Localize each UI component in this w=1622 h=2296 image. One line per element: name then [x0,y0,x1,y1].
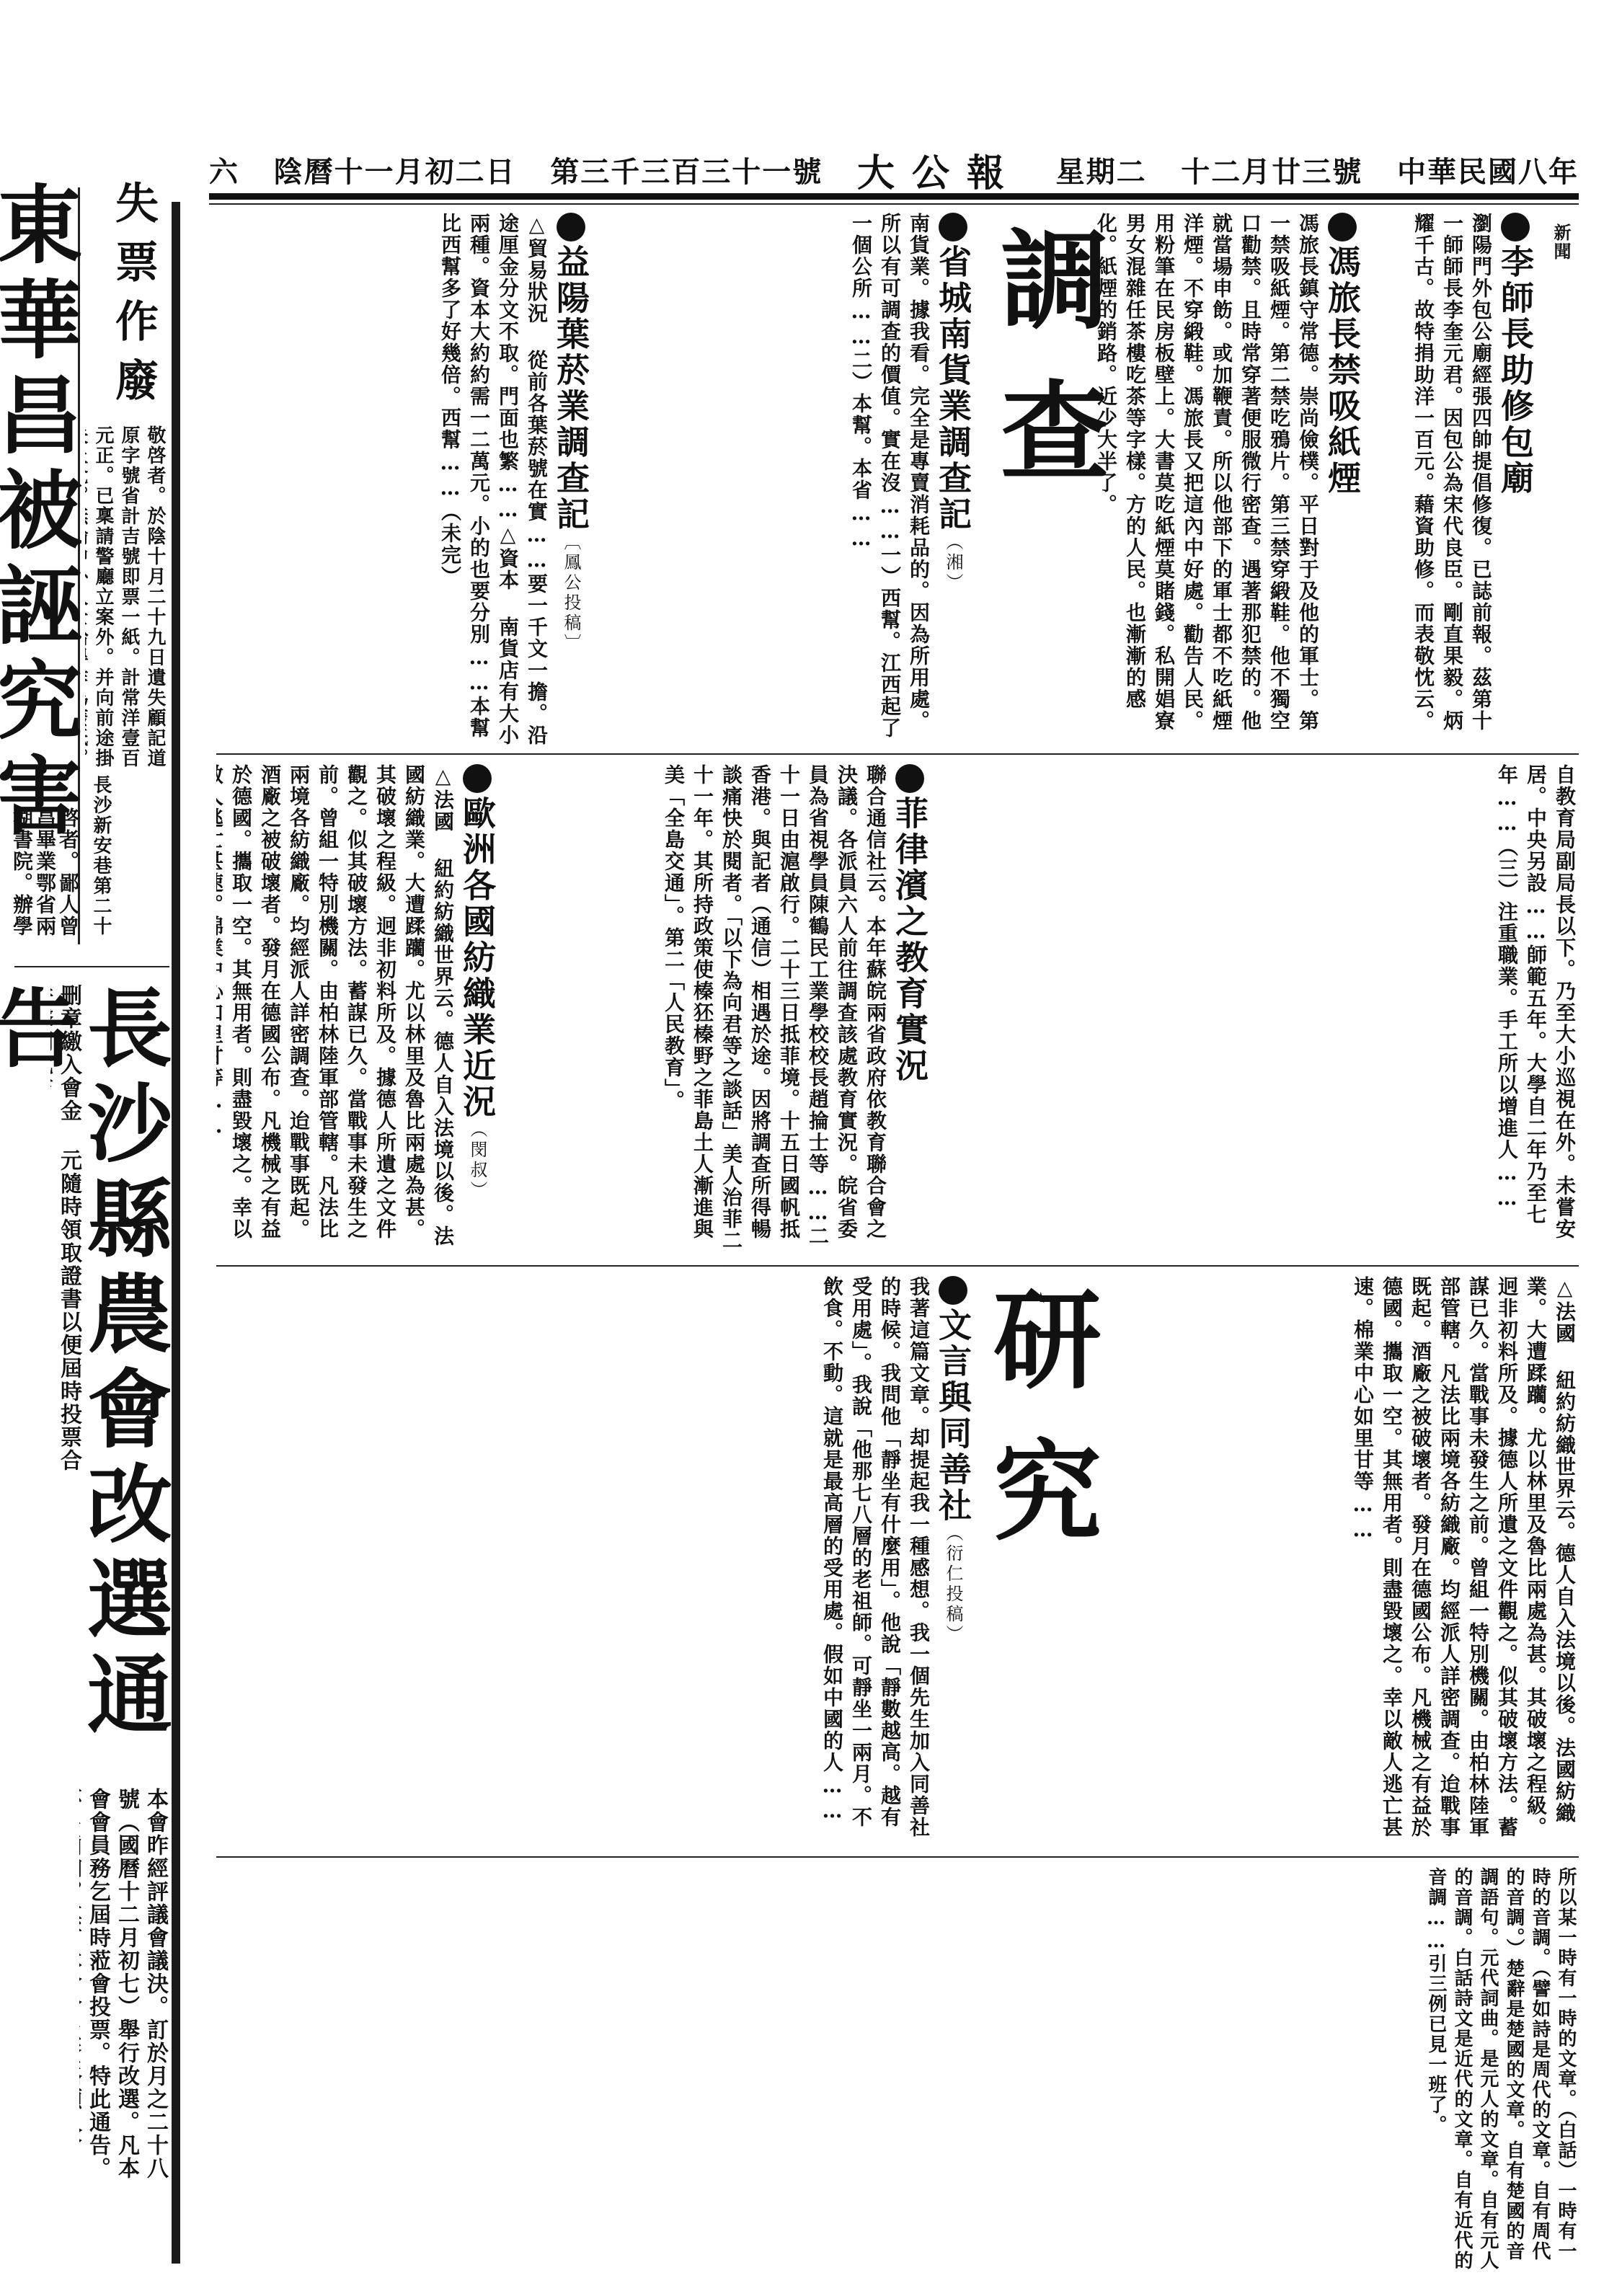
masthead-page-number: 六 [209,149,239,190]
ad-changsha-body: 本會昨經評議會議決。訂於月之二十八號（國曆十二月初七）舉行改選。凡本會會員務乞屆… [79,1788,169,2191]
masthead-rule [209,193,1579,200]
article-body: 所以某一時有一時的文章。（白話）一時有一時的音調。（譬如詩是周代的文章。自有周代… [1423,1867,1579,2271]
article-philippines-education: 菲律濱之教育實況 聯合通信社云。本年蘇皖兩省政府依教育聯合會之決議。各派員六人前… [505,764,930,1254]
newspaper-page: 中華民國八年 十二月廿三號 星期二 大公報 第三千三百三十一號 陰曆十一月初二日… [0,0,1622,2296]
masthead-issue: 第三千三百三十一號 [550,149,823,190]
bullet-icon [557,213,585,241]
article-textiles-continued: △法國 紐約紡織世界云。德人自入法境以後。法國紡織業。大遭蹂躪。尤以林里及魯比兩… [1081,1276,1579,1845]
article-headline: 李師長助修包廟 [1495,213,1535,746]
bullet-icon [1328,213,1357,241]
article-headline: 益陽葉菸業調查記〔鳳公投稿〕 [551,213,591,746]
article-yiyang-survey: 益陽葉菸業調查記〔鳳公投稿〕 △貿易狀況 從前各葉菸號在實……要一千文一擔。沿途… [216,213,591,746]
notice-title: 失票作廢 [108,180,159,418]
article-body: 南貨業。據我看。完全是專賣消耗品的。因為所用處。所以有可調查的價值。實在沒……一… [846,213,933,746]
article-headline: 歐洲各國紡織業近況（閔叔） [457,764,497,1254]
section-title-survey: 調查 [980,223,1103,743]
news-label: 新聞 [1543,223,1575,353]
masthead-weekday: 星期二 [1056,149,1147,190]
bullet-icon [895,764,924,793]
bullet-icon [939,213,967,241]
notice-signature: 長沙新安巷第二十二號方權啓謹 [87,775,115,941]
ad-dongfeng-title: 東華昌被誣究害之啓事 [7,180,79,901]
article-headline: 文言與同善社（衍仁投稿） [933,1276,973,1845]
research-column-continued: 所以某一時有一時的文章。（白話）一時有一時的音調。（譬如詩是周代的文章。自有周代… [216,1867,1579,2271]
notice-body: 敬啓者。於陰十月二十九日遺失顧記道原字號省計吉號即票一紙。計常洋壹百元正。已稟請… [85,425,168,771]
article-body: △貿易狀況 從前各葉菸號在實……要一千文一擔。沿途厘金分文不取。門面也繁……△資… [435,213,551,746]
masthead: 中華民國八年 十二月廿三號 星期二 大公報 第三千三百三十一號 陰曆十一月初二日… [209,148,1579,191]
masthead-rule-thin [209,203,1579,205]
article-feng-lvzhang: 馮旅長禁吸紙煙 馮旅長鎮守常德。崇尚儉樸。平日對于及他的軍士。第一禁吸紙煙。第二… [1067,213,1362,746]
band-divider-2 [216,1265,1579,1267]
ad-changsha-title: 長沙縣農會改選通告 [87,984,169,1748]
bullet-icon [463,764,492,793]
band-divider-3 [216,1856,1579,1858]
article-nanhuo-survey: 省城南貨業調查記（湘） 南貨業。據我看。完全是專賣消耗品的。因為所用處。所以有可… [598,213,973,746]
ad-changsha-side: 刪章繳入會金 元隨時領取證書以便屆時投票合併聲明此布 [50,984,83,1489]
masthead-title: 大公報 [857,143,1021,197]
article-education-admin: 自教育局副局長以下。乃至大小巡視在外。未嘗安居。中央另設……師範五年。大學自二年… [937,764,1579,1254]
section-title-research: 研究 [980,1283,1096,1831]
ad-divider-h [14,966,169,967]
bullet-icon [939,1276,967,1305]
band-divider-1 [216,753,1579,755]
masthead-date-western: 中華民國八年 [1397,149,1579,190]
article-body: 馮旅長鎮守常德。崇尚儉樸。平日對于及他的軍士。第一禁吸紙煙。第二禁吃鴉片。第三禁… [1091,213,1322,746]
article-headline: 馮旅長禁吸紙煙 [1322,213,1362,746]
article-li-shizhang: 李師長助修包廟 瀏陽門外包公廟經張四帥提倡修復。已誌前報。茲第十一師師長李奎元君… [1370,213,1535,746]
masthead-date: 十二月廿三號 [1181,149,1362,190]
article-headline: 菲律濱之教育實況 [890,764,930,1254]
article-europe-textiles: 歐洲各國紡織業近況（閔叔） △法國 紐約紡織世界云。德人自入法境以後。法國紡織業… [216,764,497,1254]
article-body: 自教育局副局長以下。乃至大小巡視在外。未嘗安居。中央另設……師範五年。大學自二年… [1492,764,1579,1254]
article-body: △法國 紐約紡織世界云。德人自入法境以後。法國紡織業。大遭蹂躪。尤以林里及魯比兩… [1348,1276,1579,1845]
article-body: 聯合通信社云。本年蘇皖兩省政府依教育聯合會之決議。各派員六人前往調查該處教育實況… [659,764,890,1254]
article-body: △法國 紐約紡織世界云。德人自入法境以後。法國紡織業。大遭蹂躪。尤以林里及魯比兩… [216,764,457,1254]
bullet-icon [1501,213,1530,241]
article-body: 我著這篇文章。却提起我一種感想。我一個先生加入同善社的時候。我問他「靜坐有什麼用… [817,1276,933,1845]
article-headline: 省城南貨業調查記（湘） [933,213,973,746]
article-wenyan-tongshanshe: 文言與同善社（衍仁投稿） 我著這篇文章。却提起我一種感想。我一個先生加入同善社的… [216,1276,973,1845]
masthead-lunar-date: 陰曆十一月初二日 [274,149,516,190]
article-body: 瀏陽門外包公廟經張四帥提倡修復。已誌前報。茲第十一師師長李奎元君。因包公為宋代良… [1409,213,1495,746]
school-notice: 啓者。鄙人曾昌畢業鄂省兩湖書院。辦學有年。忝列師資。束身維謹。本年承族邦柏交長劉… [11,807,79,952]
